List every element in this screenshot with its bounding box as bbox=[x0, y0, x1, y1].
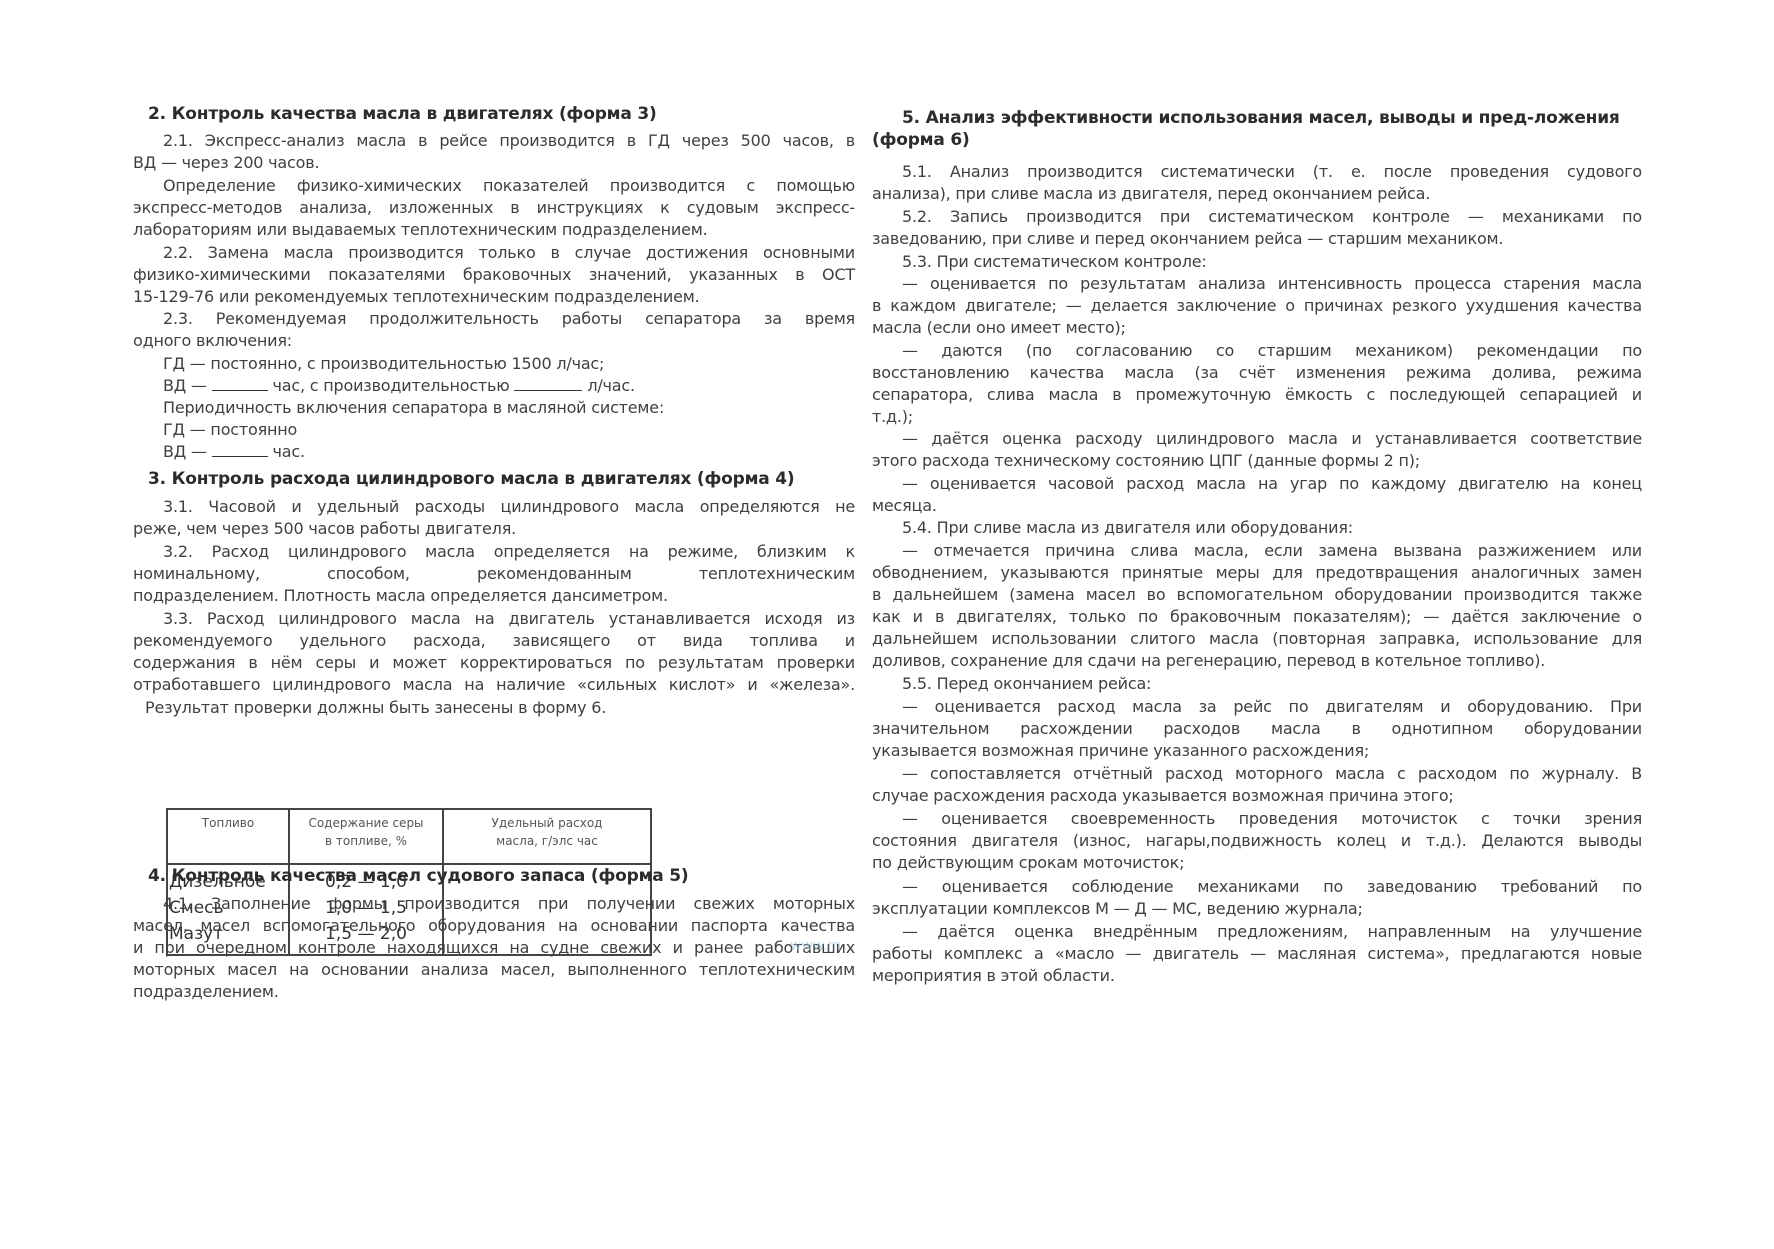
vd-periodicity-blank bbox=[212, 442, 268, 457]
bullet-5-3-1-line-1: — оценивается по результатам анализа инт… bbox=[872, 274, 1642, 294]
gd-separator-line: ГД — постоянно, с производительностью 15… bbox=[163, 354, 604, 374]
para-definition-line-3: лабораториям или выдаваемых теплотехниче… bbox=[133, 220, 708, 240]
para-3-2-line-2: номинальному, способом, рекомендованным … bbox=[133, 564, 855, 584]
bullet-5-5-3-line-3: по действующим срокам моточисток; bbox=[872, 853, 1184, 873]
bullet-5-4-1-line-3: в дальнейшем (замена масел во вспомогате… bbox=[872, 585, 1642, 605]
vd-separator-line: ВД — час, с производительностью л/час. bbox=[163, 376, 635, 396]
para-5-3: 5.3. При систематическом контроле: bbox=[902, 252, 1207, 272]
para-3-1-line-2: реже, чем через 500 часов работы двигате… bbox=[133, 519, 516, 539]
para-3-1-line-1: 3.1. Часовой и удельный расходы цилиндро… bbox=[133, 497, 855, 517]
para-4-1-line-5: подразделением. bbox=[133, 982, 279, 1002]
bullet-5-4-1-line-6: доливов, сохранение для сдачи на регенер… bbox=[872, 651, 1545, 671]
para-3-3-line-4: отработавшего цилиндрового масла на нали… bbox=[133, 675, 855, 695]
vd-capacity-blank bbox=[514, 376, 582, 391]
para-3-2-line-3: подразделением. Плотность масла определя… bbox=[133, 586, 668, 606]
para-5-1-line-2: анализа), при сливе масла из двигателя, … bbox=[872, 184, 1430, 204]
bullet-5-4-1-line-2: обводнением, указываются принятые меры д… bbox=[872, 563, 1642, 583]
para-5-2-line-1: 5.2. Запись производится при систематиче… bbox=[872, 207, 1642, 227]
bullet-5-5-2-line-2: случае расхождения расхода указывается в… bbox=[872, 786, 1454, 806]
para-4-1-line-1: 4.1. Заполнение формы производится при п… bbox=[133, 894, 855, 914]
bullet-5-3-2-line-2: восстановлению качества масла (за счёт и… bbox=[872, 363, 1642, 383]
bullet-5-5-5-line-2: работы комплекс а «масло — двигатель — м… bbox=[872, 944, 1642, 964]
bullet-5-5-5-line-3: мероприятия в этой области. bbox=[872, 966, 1115, 986]
section-2-heading: 2. Контроль качества масла в двигателях … bbox=[148, 104, 657, 124]
para-2-2-line-1: 2.2. Замена масла производится только в … bbox=[133, 243, 855, 263]
vd-capacity-unit: л/час. bbox=[587, 376, 635, 395]
bullet-5-3-4-line-2: месяца. bbox=[872, 496, 937, 516]
para-2-3-line-1: 2.3. Рекомендуемая продолжительность раб… bbox=[133, 309, 855, 329]
para-5-4: 5.4. При сливе масла из двигателя или об… bbox=[902, 518, 1353, 538]
para-3-3-line-2: рекомендуемого удельного расхода, завися… bbox=[133, 631, 855, 651]
bullet-5-3-1-line-2: в каждом двигателе; — делается заключени… bbox=[872, 296, 1642, 316]
section-5-heading-line-2: (форма 6) bbox=[872, 130, 970, 150]
para-2-1-line-1: 2.1. Экспресс-анализ масла в рейсе произ… bbox=[133, 131, 855, 151]
vd-periodicity-line: ВД — час. bbox=[163, 442, 305, 462]
para-5-2-line-2: заведованию, при сливе и перед окончание… bbox=[872, 229, 1503, 249]
bullet-5-5-5-line-1: — даётся оценка внедрённым предложениям,… bbox=[872, 922, 1642, 942]
bullet-5-3-1-line-3: масла (если оно имеет место); bbox=[872, 318, 1126, 338]
bullet-5-5-3-line-1: — оценивается своевременность проведения… bbox=[872, 809, 1642, 829]
section-5-heading-line-1: 5. Анализ эффективности использования ма… bbox=[902, 108, 1620, 128]
para-2-1-line-2: ВД — через 200 часов. bbox=[133, 153, 319, 173]
bullet-5-3-4-line-1: — оценивается часовой расход масла на уг… bbox=[872, 474, 1642, 494]
para-definition-line-1: Определение физико-химических показателе… bbox=[133, 176, 855, 196]
bullet-5-4-1-line-4: как и в двигателях, только по браковочны… bbox=[872, 607, 1642, 627]
section-4-heading: 4. Контроль качества масел судового запа… bbox=[148, 866, 688, 886]
bullet-5-4-1-line-1: — отмечается причина слива масла, если з… bbox=[872, 541, 1642, 561]
result-note: Результат проверки должны быть занесены … bbox=[145, 698, 606, 718]
vd-label: ВД — bbox=[163, 376, 207, 395]
bullet-5-5-4-line-2: эксплуатации комплексов М — Д — МС, веде… bbox=[872, 899, 1363, 919]
bullet-5-5-4-line-1: — оценивается соблюдение механиками по з… bbox=[872, 877, 1642, 897]
periodicity-label: Периодичность включения сепаратора в мас… bbox=[163, 398, 664, 418]
bullet-5-5-1-line-2: значительном расхождении расходов масла … bbox=[872, 719, 1642, 739]
section-3-heading: 3. Контроль расхода цилиндрового масла в… bbox=[148, 469, 794, 489]
watermark: www.m bbox=[790, 938, 841, 954]
bullet-5-3-3-line-1: — даётся оценка расходу цилиндрового мас… bbox=[872, 429, 1642, 449]
para-5-1-line-1: 5.1. Анализ производится систематически … bbox=[872, 162, 1642, 182]
vd-periodicity-label: ВД — bbox=[163, 442, 207, 461]
bullet-5-5-1-line-1: — оценивается расход масла за рейс по дв… bbox=[872, 697, 1642, 717]
bullet-5-3-2-line-4: т.д.); bbox=[872, 407, 913, 427]
para-definition-line-2: экспресс-методов анализа, изложенных в и… bbox=[133, 198, 855, 218]
para-2-2-line-3: 15-129-76 или рекомендуемых теплотехниче… bbox=[133, 287, 700, 307]
bullet-5-3-3-line-2: этого расхода техническому состоянию ЦПГ… bbox=[872, 451, 1420, 471]
header-fuel: Топливо bbox=[167, 809, 289, 864]
vd-capacity-label: час, с производительностью bbox=[273, 376, 510, 395]
para-5-5: 5.5. Перед окончанием рейса: bbox=[902, 674, 1151, 694]
para-3-2-line-1: 3.2. Расход цилиндрового масла определяе… bbox=[133, 542, 855, 562]
bullet-5-3-2-line-1: — даются (по согласованию со старшим мех… bbox=[872, 341, 1642, 361]
vd-periodicity-unit: час. bbox=[273, 442, 305, 461]
header-rate: Удельный расход масла, г/элс час bbox=[443, 809, 651, 864]
para-4-1-line-4: моторных масел на основании анализа масе… bbox=[133, 960, 855, 980]
para-4-1-line-2: масел, масел вспомогательного оборудован… bbox=[133, 916, 855, 936]
bullet-5-5-1-line-3: указывается возможная причине указанного… bbox=[872, 741, 1369, 761]
para-3-3-line-1: 3.3. Расход цилиндрового масла на двигат… bbox=[133, 609, 855, 629]
gd-periodicity-line: ГД — постоянно bbox=[163, 420, 297, 440]
vd-hours-blank bbox=[212, 376, 268, 391]
para-2-3-line-2: одного включения: bbox=[133, 331, 292, 351]
para-2-2-line-2: физико-химическими показателями браковоч… bbox=[133, 265, 855, 285]
bullet-5-5-3-line-2: состояния двигателя (износ, нагары,подви… bbox=[872, 831, 1642, 851]
bullet-5-5-2-line-1: — сопоставляется отчётный расход моторно… bbox=[872, 764, 1642, 784]
para-3-3-line-3: содержания в нём серы и может корректиро… bbox=[133, 653, 855, 673]
header-sulfur: Содержание серы в топливе, % bbox=[289, 809, 443, 864]
bullet-5-3-2-line-3: сепаратора, слива масла в промежуточную … bbox=[872, 385, 1642, 405]
para-4-1-line-3: и при очередном контроле находящихся на … bbox=[133, 938, 855, 958]
bullet-5-4-1-line-5: дальнейшем использовании слитого масла (… bbox=[872, 629, 1642, 649]
